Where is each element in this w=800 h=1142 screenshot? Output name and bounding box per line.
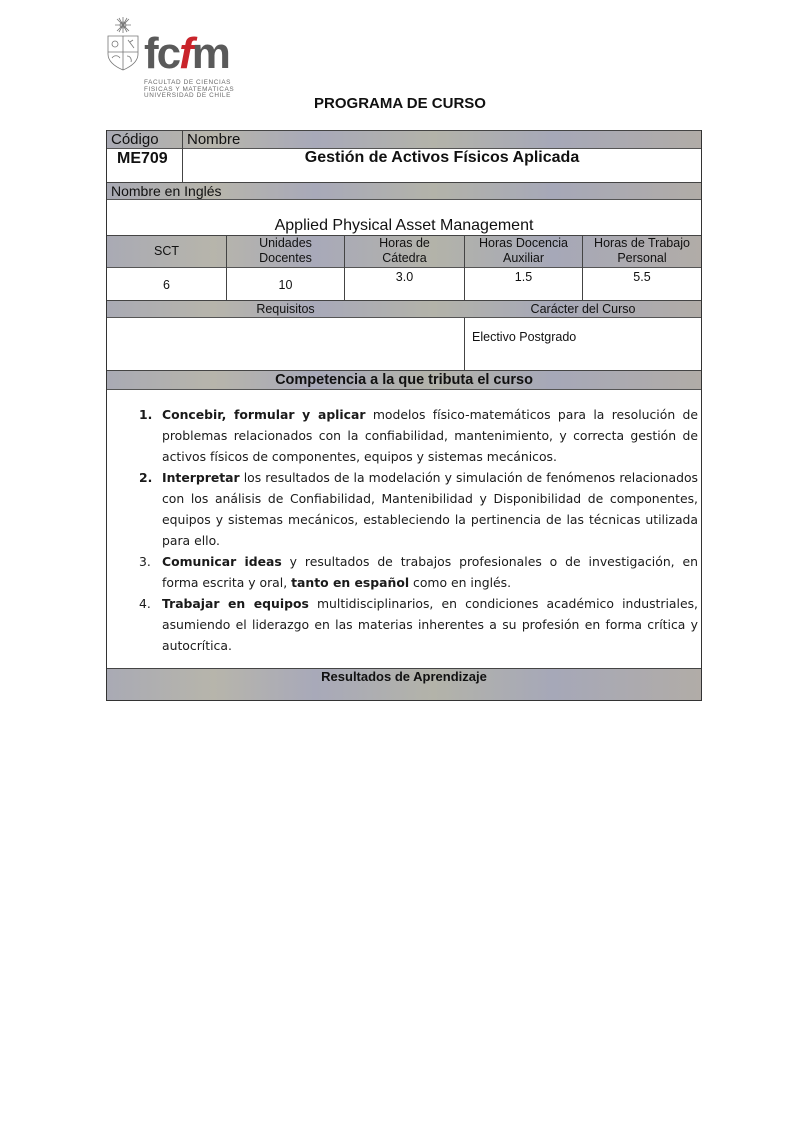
english-name-label: Nombre en Inglés	[111, 183, 222, 199]
competency-emphasis: tanto en español	[291, 575, 409, 590]
hours-value: 3.0	[345, 270, 464, 284]
character-value: Electivo Postgrado	[472, 330, 576, 344]
competency-item: 3.Comunicar ideas y resultados de trabaj…	[136, 551, 698, 593]
name-label: Nombre	[187, 131, 240, 148]
hours-column-header: UnidadesDocentes	[227, 236, 344, 266]
requirements-label: Requisitos	[107, 302, 464, 316]
hours-header-line: Horas de	[345, 236, 464, 251]
hours-column-header: Horas de TrabajoPersonal	[583, 236, 701, 266]
competency-text: como en inglés.	[409, 575, 511, 590]
character-label: Carácter del Curso	[465, 302, 701, 316]
hours-value: 10	[227, 278, 344, 292]
hours-value: 5.5	[583, 270, 701, 284]
hours-column-header: SCT	[107, 244, 226, 259]
divider	[226, 235, 227, 300]
competency-verb: Comunicar ideas	[162, 554, 282, 569]
university-crest-icon	[104, 16, 142, 72]
competency-item: 1.Concebir, formular y aplicar modelos f…	[136, 404, 698, 467]
hours-header-line: Unidades	[227, 236, 344, 251]
item-number: 2.	[139, 467, 152, 488]
hours-header-line: Horas Docencia	[465, 236, 582, 251]
hours-header-line: SCT	[107, 244, 226, 259]
competency-verb: Trabajar en equipos	[162, 596, 309, 611]
course-code: ME709	[117, 150, 168, 168]
learning-outcomes-title: Resultados de Aprendizaje	[107, 669, 701, 684]
item-number: 1.	[139, 404, 152, 425]
hours-value: 1.5	[465, 270, 582, 284]
hours-header-line: Personal	[583, 251, 701, 266]
item-number: 3.	[139, 551, 151, 572]
competency-verb: Interpretar	[162, 470, 240, 485]
hours-header-line: Auxiliar	[465, 251, 582, 266]
item-number: 4.	[139, 593, 151, 614]
english-name: Applied Physical Asset Management	[107, 217, 701, 235]
hours-header-line: Docentes	[227, 251, 344, 266]
competency-item: 2.Interpretar los resultados de la model…	[136, 467, 698, 551]
hours-header-line: Cátedra	[345, 251, 464, 266]
hours-value: 6	[107, 278, 226, 292]
competency-text: los resultados de la modelación y simula…	[162, 470, 698, 548]
competencies-title: Competencia a la que tributa el curso	[107, 372, 701, 388]
competencies-list: 1.Concebir, formular y aplicar modelos f…	[136, 404, 698, 656]
hours-header-line: Horas de Trabajo	[583, 236, 701, 251]
competency-verb: Concebir, formular y aplicar	[162, 407, 366, 422]
course-name: Gestión de Activos Físicos Aplicada	[183, 149, 701, 167]
fcfm-logo: fcfm FACULTAD DE CIENCIAS FISICAS Y MATE…	[104, 16, 234, 100]
divider	[344, 235, 345, 300]
hours-column-header: Horas deCátedra	[345, 236, 464, 266]
code-label: Código	[111, 131, 159, 148]
hours-column-header: Horas DocenciaAuxiliar	[465, 236, 582, 266]
divider	[582, 235, 583, 300]
logo-wordmark: fcfm	[144, 32, 229, 76]
competency-item: 4.Trabajar en equipos multidisciplinario…	[136, 593, 698, 656]
document-title: PROGRAMA DE CURSO	[0, 95, 800, 112]
